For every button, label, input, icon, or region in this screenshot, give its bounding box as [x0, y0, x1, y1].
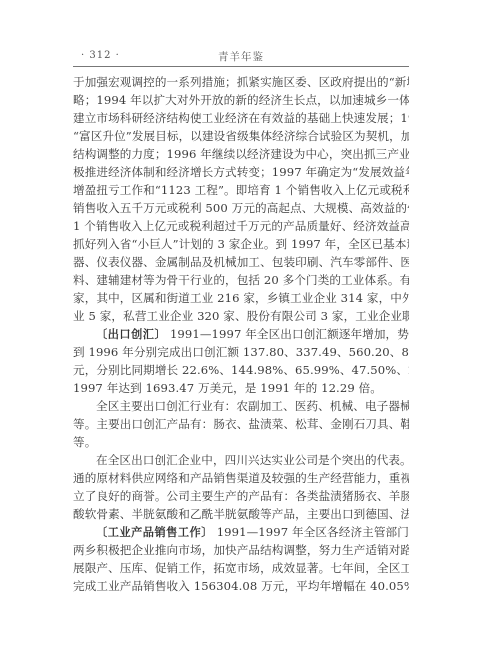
section-industrial-sales: 〔工业产品销售工作〕 1991—1997 年全区各经济主管部门、街道办事处及 两… [73, 523, 409, 595]
text-line: 〔工业产品销售工作〕 1991—1997 年全区各经济主管部门、街道办事处及 [73, 523, 409, 541]
text-line: 建立市场科研经济结构使工业经济在有效益的基础上快速发展；1995 年确定了 [73, 109, 409, 127]
header-divider [73, 66, 409, 67]
text-line: 抓好列入省“小巨人”计划的 3 家企业。到 1997 年，全区已基本形成了以电子… [73, 235, 409, 253]
text-line: 全区主要出口创汇行业有：农副加工、医药、机械、电子器械、服装、体育用品 [73, 397, 409, 415]
text-line: 等。主要出口创汇产品有：肠衣、盐渍菜、松茸、金刚石刀具、鞋类、高尔夫球头 [73, 415, 409, 433]
text-line: 于加强宏观调控的一系列措施；抓紧实施区委、区政府提出的“新城区”发展战 [73, 73, 409, 91]
page-header: · 312 · 青羊年鉴 [73, 49, 409, 65]
section-lead-text: 1991—1997 年全区各经济主管部门、街道办事处及 [217, 525, 409, 539]
section-export-earnings: 〔出口创汇〕 1991—1997 年全区出口创汇额逐年增加，势头喜人。1991 … [73, 325, 409, 523]
text-line: 业 5 家，私营工业企业 320 家、股份有限公司 3 家，工业企业职工共 23… [73, 307, 409, 325]
text-line: 器、仪表仪器、金属制品及机械加工、包装印刷、汽车零部件、医药化工、食品饮 [73, 253, 409, 271]
text-line: 料、建辅建材等为骨干行业的，包括 20 多个门类的工业体系。有工业企业 1269 [73, 271, 409, 289]
paragraph-intro: 于加强宏观调控的一系列措施；抓紧实施区委、区政府提出的“新城区”发展战 略；19… [73, 73, 409, 325]
text-line: 展限产、压库、促销工作，拓宽市场，成效显著。七年间，全区工业企业每年平均 [73, 559, 409, 577]
text-line: 等。 [73, 433, 409, 451]
text-line: 酸软骨素、半胱氨酸和乙酰半胱氨酸等产品，主要出口到德国、法国及美国。 [73, 505, 409, 523]
text-line: 通的原材料供应网络和产品销售渠道及较强的生产经营能力，重视质量管理，建 [73, 469, 409, 487]
section-title-sales: 〔工业产品销售工作〕 [96, 526, 213, 539]
text-line: 销售收入五千万元或税利 500 万元的高起点、大规模、高效益的骨干企业；发展 [73, 199, 409, 217]
text-line: 1997 年达到 1693.47 万美元，是 1991 年的 12.29 倍。 [73, 379, 409, 397]
text-line: 元，分别比同期增长 22.6%、144.98%、65.99%、47.50%、25… [73, 361, 409, 379]
text-line: 在全区出口创汇企业中，四川兴达实业公司是个突出的代表。该公司有畅 [73, 451, 409, 469]
text-line: 立了良好的商誉。公司主要生产的产品有：各类盐渍猪肠衣、羊肠衣、肝素钠、硫 [73, 487, 409, 505]
text-line: 增盈扭亏工作和“1123 工程”。即培育 1 个销售收入上亿元或税利千万元；2 … [73, 181, 409, 199]
text-line: “富区升位”发展目标，以建设省级集体经济综合试验区为契机，加大技术进步和 [73, 127, 409, 145]
text-line: 家，其中，区属和街道工业 216 家，乡镇工业企业 314 家，中外合资、合作工… [73, 289, 409, 307]
text-line: 到 1996 年分别完成出口创汇额 137.80、337.49、560.20、8… [73, 343, 409, 361]
body-text: 于加强宏观调控的一系列措施；抓紧实施区委、区政府提出的“新城区”发展战 略；19… [73, 73, 409, 595]
section-title-export: 〔出口创汇〕 [96, 328, 166, 341]
running-title: 青羊年鉴 [73, 49, 409, 64]
text-line: 极推进经济体制和经济增长方式转变；1997 年确定为“发展效益年”，重点抓了 [73, 163, 409, 181]
text-line: 1 个销售收入上亿元或税利超过千万元的产品质量好、经济效益高的支柱行业； [73, 217, 409, 235]
section-lead-text: 1991—1997 年全区出口创汇额逐年增加，势头喜人。1991 年 [170, 327, 409, 341]
text-line: 略；1994 年以扩大对外开放的新的经济生长点，以加速城乡一体化发展进程和 [73, 91, 409, 109]
text-line: 完成工业产品销售收入 156304.08 万元，平均年增幅在 40.05%；乡及… [73, 577, 409, 595]
text-line: 〔出口创汇〕 1991—1997 年全区出口创汇额逐年增加，势头喜人。1991 … [73, 325, 409, 343]
text-line: 两乡积极把企业推向市场，加快产品结构调整，努力生产适销对路产品，积极开 [73, 541, 409, 559]
text-line: 结构调整的力度；1996 年继续以经济建设为中心，突出抓三产业和科技进步，积 [73, 145, 409, 163]
